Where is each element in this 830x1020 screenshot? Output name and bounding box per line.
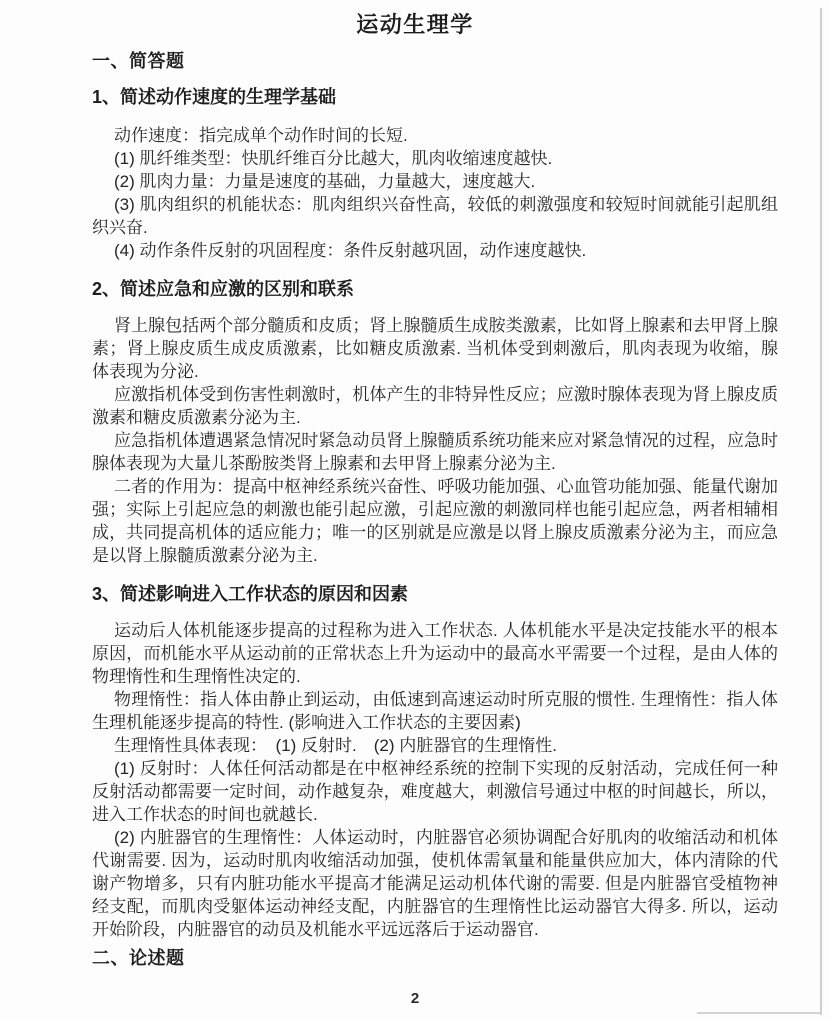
paragraph: (3) 肌肉组织的机能状态：肌肉组织兴奋性高，较低的刺激强度和较短时间就能引起肌… — [92, 193, 778, 239]
paragraph: 肾上腺包括两个部分髓质和皮质；肾上腺髓质生成胺类激素，比如肾上腺素和去甲肾上腺素… — [92, 314, 778, 383]
paragraph: (1) 反射时：人体任何活动都是在中枢神经系统的控制下实现的反射活动，完成任何一… — [92, 757, 778, 826]
page-number: 2 — [0, 990, 830, 1007]
question-3-answer: 运动后人体机能逐步提高的过程称为进入工作状态. 人体机能水平是决定技能水平的根本… — [92, 619, 778, 941]
scan-border-bottom-line — [697, 1012, 821, 1014]
page-title: 运动生理学 — [0, 0, 830, 40]
question-3-heading: 3、简述影响进入工作状态的原因和因素 — [92, 583, 778, 605]
question-2-answer: 肾上腺包括两个部分髓质和皮质；肾上腺髓质生成胺类激素，比如肾上腺素和去甲肾上腺素… — [92, 314, 778, 567]
paragraph: (2) 内脏器官的生理惰性：人体运动时，内脏器官必须协调配合好肌肉的收缩活动和机… — [92, 826, 778, 941]
section-2-heading: 二、论述题 — [92, 947, 778, 969]
question-1-heading: 1、简述动作速度的生理学基础 — [92, 86, 778, 108]
paragraph: 物理惰性：指人体由静止到运动，由低速到高速运动时所克服的惯性. 生理惰性：指人体… — [92, 688, 778, 734]
paragraph: (4) 动作条件反射的巩固程度：条件反射越巩固，动作速度越快. — [92, 239, 778, 262]
paragraph: 动作速度：指完成单个动作时间的长短. — [92, 124, 778, 147]
section-1-heading: 一、简答题 — [92, 50, 778, 72]
paragraph: 应激指机体受到伤害性刺激时，机体产生的非特异性反应；应激时腺体表现为肾上腺皮质激… — [92, 383, 778, 429]
paragraph: 生理惰性具体表现： (1) 反射时. (2) 内脏器官的生理惰性. — [92, 734, 778, 757]
paragraph: 运动后人体机能逐步提高的过程称为进入工作状态. 人体机能水平是决定技能水平的根本… — [92, 619, 778, 688]
scan-border-right-line — [820, 8, 822, 1015]
paragraph: (2) 肌肉力量：力量是速度的基础，力量越大，速度越大. — [92, 170, 778, 193]
document-body: 一、简答题 1、简述动作速度的生理学基础 动作速度：指完成单个动作时间的长短. … — [92, 50, 778, 969]
paragraph: 应急指机体遭遇紧急情况时紧急动员肾上腺髓质系统功能来应对紧急情况的过程，应急时腺… — [92, 429, 778, 475]
paragraph: 二者的作用为：提高中枢神经系统兴奋性、呼吸功能加强、心血管功能加强、能量代谢加强… — [92, 475, 778, 567]
question-2-heading: 2、简述应急和应激的区别和联系 — [92, 278, 778, 300]
paragraph: (1) 肌纤维类型：快肌纤维百分比越大，肌肉收缩速度越快. — [92, 147, 778, 170]
document-page: 运动生理学 一、简答题 1、简述动作速度的生理学基础 动作速度：指完成单个动作时… — [0, 0, 830, 1020]
question-1-answer: 动作速度：指完成单个动作时间的长短. (1) 肌纤维类型：快肌纤维百分比越大，肌… — [92, 124, 778, 262]
